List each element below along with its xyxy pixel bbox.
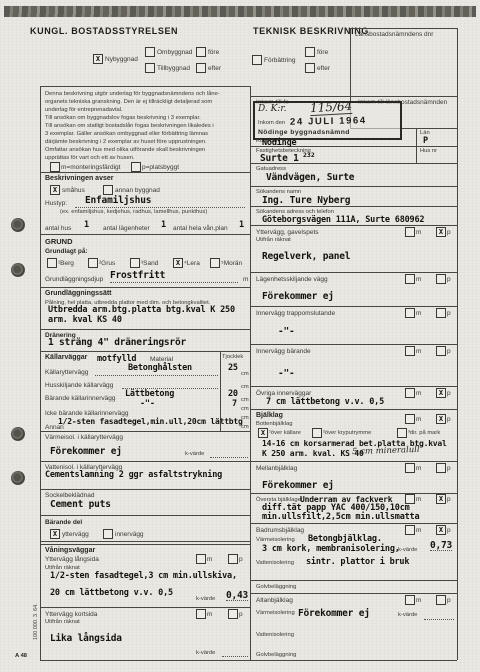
djup-value: Frostfritt bbox=[110, 271, 165, 280]
efter-label-1: efter bbox=[208, 65, 221, 72]
oversta-value-2: min.ullsfilt,2,5cm min.ullsmatta bbox=[262, 513, 419, 522]
golv-label: Golvbeläggning bbox=[256, 652, 296, 659]
yttervagg-checkbox: X bbox=[50, 529, 60, 539]
gavelspets-label: Yttervägg, gavelspets bbox=[256, 229, 319, 236]
fastighet-sup: 232 bbox=[303, 151, 315, 159]
agency-name: KUNGL. BOSTADSSTYRELSEN bbox=[30, 26, 178, 36]
divider-line bbox=[250, 344, 457, 345]
efter-label-2: efter bbox=[317, 65, 330, 72]
form-right-border bbox=[457, 28, 458, 660]
fore-checkbox-1 bbox=[196, 47, 206, 57]
altan-varme-value: Förekommer ej bbox=[298, 609, 370, 618]
botten-p-checkbox: X bbox=[436, 414, 446, 424]
divider-line bbox=[40, 234, 250, 235]
p-label: p bbox=[447, 597, 451, 604]
divider-line bbox=[40, 329, 250, 330]
punch-hole bbox=[11, 427, 25, 441]
trapp-p-checkbox bbox=[436, 308, 446, 318]
dir-mark-checkbox bbox=[397, 428, 407, 438]
kallar-row-label: Källaryttervägg bbox=[45, 369, 88, 376]
cm-unit: cm bbox=[241, 397, 249, 404]
husnr-label: Hus nr bbox=[420, 148, 437, 155]
ovriga-m-checkbox bbox=[405, 388, 415, 398]
ovriga-p-checkbox: X bbox=[436, 388, 446, 398]
kallarvaggar-heading: Källarväggar bbox=[45, 354, 87, 361]
sockel-label: Sockelbeklädnad bbox=[45, 492, 95, 499]
divider-line bbox=[250, 206, 457, 207]
innervagg-label: innervägg bbox=[115, 531, 144, 538]
stamp-date: 24 JULI 1964 bbox=[290, 115, 367, 128]
antal-lgh-label: antal lägenheter bbox=[103, 225, 150, 232]
p-label: p bbox=[239, 611, 243, 618]
over-kryp-checkbox bbox=[312, 428, 322, 438]
forbattring-label: Förbättring bbox=[264, 57, 295, 64]
altan-p-checkbox bbox=[436, 595, 446, 605]
divider-line bbox=[416, 128, 417, 163]
annan-byggnad-label: annan byggnad bbox=[115, 187, 160, 194]
intro-line: Denna beskrivning utgör underlag för byg… bbox=[45, 91, 220, 98]
p-label: p bbox=[239, 556, 243, 563]
kallar-row-value: Lättbetong bbox=[125, 390, 174, 399]
cm-unit: cm bbox=[241, 371, 249, 378]
kallar-row-label: Icke bärande källarinnervägg bbox=[45, 410, 128, 417]
fore-checkbox-2 bbox=[305, 47, 315, 57]
stamp-inkom-label: Inkom den bbox=[258, 120, 285, 127]
hustyp-value: Enfamiljshus bbox=[85, 196, 151, 205]
varme-label: Värmeisolering bbox=[256, 537, 295, 544]
antal-plan-label: antal hela vån.plan bbox=[173, 225, 228, 232]
intro-line: därjämte beskrivning i 2 exemplar av hus… bbox=[45, 139, 207, 146]
fore-label-1: före bbox=[208, 49, 219, 56]
trapp-m-checkbox bbox=[405, 308, 415, 318]
badrum-m-checkbox bbox=[405, 525, 415, 535]
kvarde-label: k-värde bbox=[185, 451, 204, 458]
m-label: m bbox=[416, 527, 421, 534]
p-label: p bbox=[447, 416, 451, 423]
berg-checkbox bbox=[47, 258, 57, 268]
dotted-leader bbox=[222, 655, 248, 657]
m-label: m bbox=[416, 229, 421, 236]
intro-line: Omfattar ansökan hus med olika utförande… bbox=[45, 147, 205, 154]
antal-plan-value: 1 bbox=[239, 221, 244, 230]
p-label: p bbox=[447, 527, 451, 534]
divider-line bbox=[250, 272, 457, 273]
mellan-label: Mellanbjälklag bbox=[256, 465, 297, 472]
p-label: p bbox=[447, 310, 451, 317]
barande-p-checkbox bbox=[436, 346, 446, 356]
badrum-p-checkbox: X bbox=[436, 525, 446, 535]
gatuadress-value: Vändvägen, Surte bbox=[266, 173, 354, 182]
platsbyggt-label: p=platsbyggt bbox=[142, 164, 179, 171]
forbattring-checkbox bbox=[252, 55, 262, 65]
djup-label: Grundläggningsdjup bbox=[45, 276, 103, 283]
p-label: p bbox=[447, 229, 451, 236]
divider-line bbox=[250, 386, 457, 387]
dotted-leader bbox=[95, 374, 218, 376]
kallar-row-value: 1/2-sten fasadtegel,min.ull,20cm lättbtg bbox=[58, 417, 243, 426]
bjalklag-heading: Bjälklag bbox=[256, 412, 283, 419]
annan-byggnad-checkbox bbox=[103, 185, 113, 195]
over-kryp-label: ²över kryputrymme bbox=[323, 430, 371, 437]
material-label: Material bbox=[150, 356, 173, 363]
divider-line bbox=[40, 544, 250, 545]
barande-m-checkbox bbox=[405, 346, 415, 356]
monteringsfardigt-label: m=monteringsfärdigt bbox=[61, 164, 120, 171]
langsida-label: Yttervägg långsida bbox=[45, 556, 99, 563]
ombyggnad-checkbox bbox=[145, 47, 155, 57]
divider-line bbox=[40, 489, 250, 490]
print-code: 100 000. 3. 64. bbox=[33, 603, 39, 640]
golv-label: Golvbeläggning bbox=[256, 584, 296, 591]
langsida-m-checkbox bbox=[196, 554, 206, 564]
monteringsfardigt-checkbox bbox=[50, 162, 60, 172]
cm-unit: cm bbox=[241, 384, 249, 391]
kvarde-label: k-värde bbox=[398, 612, 417, 619]
grus-label: ²Grus bbox=[99, 260, 115, 267]
p-label: p bbox=[447, 348, 451, 355]
divider-line bbox=[40, 541, 250, 542]
kommun-value: Nödinge bbox=[262, 139, 296, 148]
m-label: m bbox=[416, 496, 421, 503]
divider-line bbox=[250, 461, 457, 462]
botten-label: Bottenbjälklag bbox=[256, 421, 292, 428]
fore-label-2: före bbox=[317, 49, 328, 56]
divider-line bbox=[40, 461, 250, 462]
kallar-row-label: Bärande källarinnervägg bbox=[45, 395, 115, 402]
hustyp-hint: (ex. enfamiljshus, kedjehus, radhus, lam… bbox=[60, 209, 207, 216]
nybyggnad-label: Nybyggnad bbox=[105, 56, 138, 63]
p-label: p bbox=[447, 465, 451, 472]
trapp-label: Innervägg trappomslutande bbox=[256, 310, 335, 317]
divider-line bbox=[40, 351, 250, 352]
over-kallare-checkbox: X bbox=[258, 428, 268, 438]
p-label: p bbox=[447, 390, 451, 397]
divider-line bbox=[250, 580, 457, 581]
dotted-leader bbox=[110, 281, 238, 283]
efter-checkbox-1 bbox=[196, 63, 206, 73]
m-label: m bbox=[416, 348, 421, 355]
varmeisol-label: Värmeisol. i källaryttervägg bbox=[45, 434, 123, 441]
adress-value: Göteborgsvägen 111A, Surte 680962 bbox=[262, 216, 424, 225]
m-label: m bbox=[416, 597, 421, 604]
kortsida-value: Lika långsida bbox=[50, 634, 122, 643]
kallar-row-value: Betonghålsten bbox=[128, 364, 192, 373]
ovriga-value: 7 cm lättbetong v.v. 0,5 bbox=[266, 398, 384, 407]
m-label: m bbox=[416, 465, 421, 472]
lera-checkbox: X bbox=[173, 258, 183, 268]
barande-label: Innervägg bärande bbox=[256, 348, 311, 355]
ovriga-label: Övriga innerväggar bbox=[256, 390, 311, 397]
kallar-row-label: Husskiljande källarvägg bbox=[45, 382, 113, 389]
kortsida-label: Yttervägg kortsida bbox=[45, 611, 97, 618]
divider-line bbox=[250, 593, 457, 594]
mellan-m-checkbox bbox=[405, 463, 415, 473]
tillbyggnad-label: Tillbyggnad bbox=[157, 65, 190, 72]
divider-line bbox=[250, 409, 457, 410]
divider-line bbox=[250, 493, 457, 494]
grus-checkbox bbox=[88, 258, 98, 268]
botten-value-2: K 250 arm. kval. KS 40 bbox=[262, 449, 364, 458]
stamp-authority: Nödinge byggnadsnämnd bbox=[258, 129, 350, 136]
innervagg-checkbox bbox=[103, 529, 113, 539]
p-label: p bbox=[447, 276, 451, 283]
badrum-varme-1: Betongbjälklag. bbox=[308, 535, 382, 544]
dranering-value: 1 sträng 4" dräneringsrör bbox=[48, 338, 186, 347]
divider-line bbox=[250, 523, 457, 524]
divider-line bbox=[40, 86, 250, 87]
dotted-leader bbox=[75, 206, 245, 208]
scanned-form-sheet: KUNGL. BOSTADSSTYRELSEN TEKNISK BESKRIVN… bbox=[0, 0, 480, 672]
satt-heading: Grundläggningssätt bbox=[45, 290, 112, 297]
form-code: A 48 bbox=[15, 653, 27, 660]
divider-line bbox=[250, 186, 457, 187]
antal-lgh-value: 1 bbox=[161, 221, 166, 230]
efter-checkbox-2 bbox=[305, 63, 315, 73]
m-label: m bbox=[416, 416, 421, 423]
intro-line: 3 exemplar. Gäller ansökan ombyggnad ell… bbox=[45, 131, 208, 138]
lan-value: P bbox=[423, 137, 428, 146]
scan-artifact-band bbox=[4, 6, 476, 17]
platsbyggt-checkbox bbox=[131, 162, 141, 172]
avser-heading: Beskrivningen avser bbox=[45, 175, 113, 182]
m-label: m bbox=[416, 310, 421, 317]
vatten-label: Vattenisolering bbox=[256, 632, 294, 639]
divider-line bbox=[40, 431, 250, 432]
badrum-label: Badrumsbjälklag bbox=[256, 527, 304, 534]
botten-handwritten-note: 5 cm mineralull bbox=[352, 445, 420, 457]
lera-label: ⁴Lera bbox=[184, 260, 200, 267]
oversta-p-checkbox: X bbox=[436, 494, 446, 504]
ombyggnad-label: Ombyggnad bbox=[157, 49, 192, 56]
sand-checkbox bbox=[130, 258, 140, 268]
kallar-row-thickness: 7 bbox=[232, 400, 237, 409]
altan-m-checkbox bbox=[405, 595, 415, 605]
dotted-leader bbox=[424, 618, 454, 620]
kvarde-label: k-värde bbox=[196, 650, 215, 657]
mellan-value: Förekommer ej bbox=[262, 481, 334, 490]
intro-line: Till ansökan om statligt bostadslån foga… bbox=[45, 123, 214, 130]
antal-hus-label: antal hus bbox=[45, 225, 71, 232]
barande-del-label: Bärande del bbox=[45, 519, 82, 526]
sand-label: ³Sand bbox=[141, 260, 158, 267]
lgh-vagg-label: Lägenhetsskiljande vägg bbox=[256, 276, 328, 283]
barande-value: -"- bbox=[278, 369, 295, 378]
namn-value: Ing. Ture Nyberg bbox=[262, 196, 350, 205]
m-label: m bbox=[207, 611, 212, 618]
yttervagg-label: yttervägg bbox=[62, 531, 89, 538]
dnr-label: Länsbostadsnämndens dnr bbox=[355, 31, 433, 38]
mellan-p-checkbox bbox=[436, 463, 446, 473]
kallar-row-thickness: 20 bbox=[228, 390, 238, 399]
gavelspets-value: Regelverk, panel bbox=[262, 252, 350, 261]
lgh-vagg-p-checkbox bbox=[436, 274, 446, 284]
column-divider bbox=[250, 86, 251, 660]
intro-line: upprättas för vart och ett av husen. bbox=[45, 155, 135, 162]
satt-value-2: arm. kval KS 40 bbox=[48, 316, 122, 325]
antal-hus-value: 1 bbox=[84, 221, 89, 230]
dir-mark-label: ³dir. på mark bbox=[408, 430, 440, 437]
grund-heading: GRUND bbox=[45, 237, 73, 246]
gavelspets-m-checkbox bbox=[405, 227, 415, 237]
moran-checkbox bbox=[210, 258, 220, 268]
cm-unit: cm bbox=[241, 424, 249, 431]
utifran-label: Utifrån räknat bbox=[45, 619, 80, 626]
divider-line bbox=[40, 172, 250, 173]
utifran-label: Utifrån räknat bbox=[256, 237, 291, 244]
stamp-dnr-prefix: D. K:r. bbox=[258, 104, 287, 114]
divider-line bbox=[40, 515, 250, 516]
m-label: m bbox=[416, 390, 421, 397]
langsida-kvarde-value: 0,43 bbox=[226, 591, 248, 601]
hustyp-label: Hustyp: bbox=[45, 200, 67, 207]
altan-label: Altanbjälklag bbox=[256, 597, 293, 604]
nybyggnad-checkbox: X bbox=[93, 54, 103, 64]
over-kallare-label: ¹över källare bbox=[269, 430, 301, 437]
vaningsvaggar-heading: Våningsväggar bbox=[45, 547, 95, 554]
langsida-value-1: 1/2-sten fasadtegel,3 cm min.ullskiva, bbox=[50, 572, 237, 581]
divider-line bbox=[40, 607, 250, 608]
tjocklek-label: Tjocklek bbox=[222, 354, 243, 361]
smahus-checkbox: X bbox=[50, 185, 60, 195]
vattenisol-value: Cementslamning 2 ggr asfaltstrykning bbox=[45, 471, 222, 480]
moran-label: ⁵Morän bbox=[221, 260, 242, 267]
varme-label: Värmeisolering bbox=[256, 610, 295, 617]
p-label: p bbox=[447, 496, 451, 503]
badrum-varme-2: 3 cm kork, membranisolering, bbox=[262, 545, 400, 554]
kallar-row-thickness: 25 bbox=[228, 364, 238, 373]
berg-label: ¹Berg bbox=[58, 260, 74, 267]
dotted-leader bbox=[210, 456, 248, 458]
tillbyggnad-checkbox bbox=[145, 63, 155, 73]
cm-unit: cm bbox=[241, 406, 249, 413]
satt-value-1: Utbredda arm.btg.platta btg.kval K 250 bbox=[48, 306, 235, 315]
badrum-kvarde-value: 0,73 bbox=[430, 541, 452, 551]
lgh-vagg-m-checkbox bbox=[405, 274, 415, 284]
intro-line: underlag för entreprenadavtal. bbox=[45, 107, 123, 114]
punch-hole bbox=[11, 218, 25, 232]
sockel-value: Cement puts bbox=[50, 500, 111, 509]
grundlagt-label: Grundlagt på: bbox=[45, 248, 88, 255]
gavelspets-p-checkbox: X bbox=[436, 227, 446, 237]
divider-line bbox=[250, 96, 457, 97]
m-label: m bbox=[207, 556, 212, 563]
langsida-value-2: 20 cm lättbetong v.v. 0,5 bbox=[50, 589, 173, 598]
smahus-label: småhus bbox=[62, 187, 85, 194]
divider-line bbox=[40, 287, 250, 288]
m-label: m bbox=[416, 276, 421, 283]
botten-m-checkbox bbox=[405, 414, 415, 424]
kallar-row-value: -"- bbox=[140, 400, 155, 409]
lgh-vagg-value: Förekommer ej bbox=[262, 292, 334, 301]
kortsida-m-checkbox bbox=[196, 609, 206, 619]
vatten-label: Vattenisolering bbox=[256, 560, 294, 567]
divider-line bbox=[350, 28, 457, 29]
intro-line: Till ansökan om byggnadslov fogas beskri… bbox=[45, 115, 201, 122]
divider-line bbox=[250, 306, 457, 307]
langsida-p-checkbox bbox=[228, 554, 238, 564]
divider-line bbox=[250, 225, 457, 226]
kvarde-label: k-värde bbox=[196, 596, 215, 603]
punch-hole bbox=[11, 263, 25, 277]
form-bottom-border bbox=[40, 660, 457, 661]
varmeisol-value: Förekommer ej bbox=[50, 447, 122, 456]
fastighet-value: Surte 1 bbox=[260, 154, 299, 163]
kortsida-p-checkbox bbox=[228, 609, 238, 619]
punch-hole bbox=[11, 471, 25, 485]
stamp-dnr-value: 115/64 bbox=[310, 99, 353, 116]
trapp-value: -"- bbox=[278, 327, 295, 336]
djup-unit: m bbox=[243, 276, 248, 283]
intro-line: organets tekniska granskning. Den är ej … bbox=[45, 99, 212, 106]
kvarde-label: k-värde bbox=[398, 547, 417, 554]
badrum-vatten-value: sintr. plattor i bruk bbox=[306, 558, 409, 567]
